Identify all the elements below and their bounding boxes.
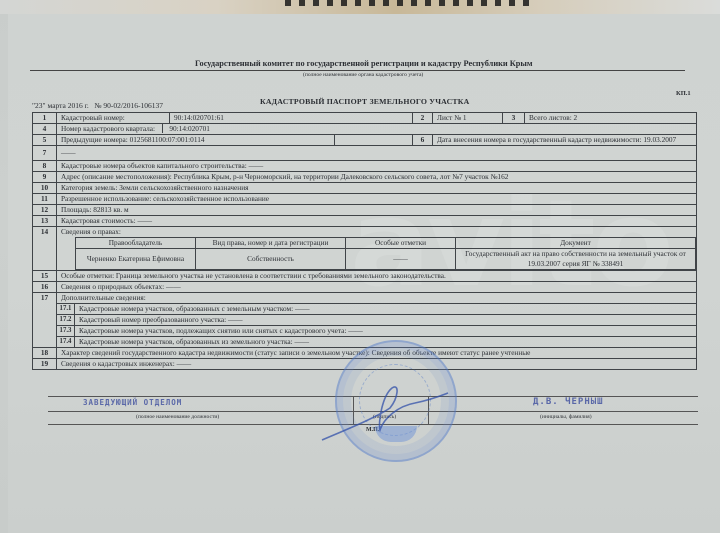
handwritten-signature: [320, 378, 450, 448]
table-row: 16 Сведения о природных объектах: ——: [33, 282, 697, 293]
organization-caption: (полное наименование органа кадастрового…: [303, 72, 423, 78]
document-date-number: "23" марта 2016 г. № 90-02/2016-106137: [32, 101, 163, 110]
right-holder: Черненко Екатерина Ефимовна: [76, 249, 196, 270]
row-num: 8: [33, 161, 57, 172]
row-num: 18: [33, 348, 57, 359]
row-num: 3: [503, 113, 525, 124]
row-label: Сведения о правах:: [57, 227, 696, 237]
table-row: 17.2 Кадастровый номер преобразованного …: [33, 315, 697, 326]
registration-date: Дата внесения номера в государственный к…: [433, 135, 697, 146]
land-category: Категория земель: Земли сельскохозяйстве…: [57, 183, 697, 194]
table-row: 17.1 Кадастровые номера участков, образо…: [33, 304, 697, 315]
table-row: 17 Дополнительные сведения:: [33, 293, 697, 304]
row-num: 17.2: [57, 315, 75, 326]
row-num: 15: [33, 271, 57, 282]
total-sheets: Всего листов: 2: [525, 113, 697, 124]
table-row: 1 Кадастровый номер: 90:14:020701:61 2 Л…: [33, 113, 697, 124]
document-title: КАДАСТРОВЫЙ ПАСПОРТ ЗЕМЕЛЬНОГО УЧАСТКА: [260, 97, 470, 106]
background-object: [0, 0, 720, 14]
name-caption: (инициалы, фамилия): [540, 414, 592, 420]
row-num: 4: [33, 124, 57, 135]
permitted-use: Разрешенное использование: сельскохозяйс…: [57, 194, 697, 205]
row-value: Кадастровые номера участков, подлежащих …: [75, 326, 697, 337]
table-row: 12 Площадь: 82813 кв. м: [33, 205, 697, 216]
cadastral-table: 1 Кадастровый номер: 90:14:020701:61 2 Л…: [32, 112, 697, 370]
special-notes: Особые отметки: Граница земельного участ…: [57, 271, 697, 282]
row-num: 5: [33, 135, 57, 146]
quarter-number-cell: Номер кадастрового квартала: 90:14:02070…: [57, 124, 697, 135]
rights-cell: Сведения о правах: Правообладатель Вид п…: [57, 227, 697, 271]
row-num: 17: [33, 293, 57, 348]
organization-name: Государственный комитет по государственн…: [195, 59, 533, 68]
table-row: 14 Сведения о правах: Правообладатель Ви…: [33, 227, 697, 271]
signer-name-stamp: Д.В. ЧЕРНЫШ: [533, 397, 604, 407]
row-num: 12: [33, 205, 57, 216]
row-num: 13: [33, 216, 57, 227]
right-type: Собственность: [196, 249, 346, 270]
row-num: 6: [413, 135, 433, 146]
row-num: 1: [33, 113, 57, 124]
position-stamp: ЗАВЕДУЮЩИЙ ОТДЕЛОМ: [83, 398, 182, 407]
background-text-marks: [285, 0, 535, 6]
organization-underline: [30, 70, 685, 71]
document-date: "23" марта 2016 г.: [32, 101, 89, 110]
table-row: 8 Кадастровые номера объектов капитально…: [33, 161, 697, 172]
table-row: 17.4 Кадастровые номера участков, образо…: [33, 337, 697, 348]
form-code: КП.1: [676, 90, 691, 97]
additional-info: Дополнительные сведения:: [57, 293, 697, 304]
cadastral-number: 90:14:020701:61: [170, 113, 413, 124]
table-row: 4 Номер кадастрового квартала: 90:14:020…: [33, 124, 697, 135]
row-label: Номер кадастрового квартала:: [61, 124, 155, 133]
table-row: 15 Особые отметки: Граница земельного уч…: [33, 271, 697, 282]
table-row: 10 Категория земель: Земли сельскохозяйс…: [33, 183, 697, 194]
row-label: Кадастровый номер:: [57, 113, 170, 124]
table-row: 5 Предыдущие номера: 0125681100:07:001:0…: [33, 135, 697, 146]
row-value: Кадастровый номер преобразованного участ…: [75, 315, 697, 326]
row-value: Кадастровые номера участков, образованны…: [75, 304, 697, 315]
row-num: 17.3: [57, 326, 75, 337]
ownership-document: Государственный акт на право собственнос…: [456, 249, 696, 270]
column-header: Документ: [456, 238, 696, 249]
table-row: 7 ——: [33, 146, 697, 161]
row-num: 11: [33, 194, 57, 205]
sheet-number: Лист № 1: [433, 113, 503, 124]
row-num: 7: [33, 146, 57, 161]
table-row: 11 Разрешенное использование: сельскохоз…: [33, 194, 697, 205]
previous-numbers: Предыдущие номера: 0125681100:07:001:011…: [57, 135, 335, 146]
row-num: 14: [33, 227, 57, 271]
empty-cell: [335, 135, 413, 146]
row-num: 16: [33, 282, 57, 293]
table-row: 9 Адрес (описание местоположения): Респу…: [33, 172, 697, 183]
document-number: № 90-02/2016-106137: [94, 101, 163, 110]
row-num: 9: [33, 172, 57, 183]
table-row: 17.3 Кадастровые номера участков, подлеж…: [33, 326, 697, 337]
quarter-number: 90:14:020701: [162, 124, 210, 133]
capital-objects: Кадастровые номера объектов капитального…: [57, 161, 697, 172]
row-num: 17.4: [57, 337, 75, 348]
position-caption: (полное наименование должности): [136, 414, 219, 420]
natural-objects: Сведения о природных объектах: ——: [57, 282, 697, 293]
row-value: ——: [57, 146, 697, 161]
column-header: Особые отметки: [346, 238, 456, 249]
rights-data-row: Черненко Екатерина Ефимовна Собственност…: [76, 249, 696, 270]
row-num: 2: [413, 113, 433, 124]
rights-table: Правообладатель Вид права, номер и дата …: [75, 237, 696, 270]
column-header: Правообладатель: [76, 238, 196, 249]
address: Адрес (описание местоположения): Республ…: [57, 172, 697, 183]
special-marks: ——: [346, 249, 456, 270]
table-row: 13 Кадастровая стоимость: ——: [33, 216, 697, 227]
cadastral-value: Кадастровая стоимость: ——: [57, 216, 697, 227]
column-header: Вид права, номер и дата регистрации: [196, 238, 346, 249]
row-num: 19: [33, 359, 57, 370]
row-num: 10: [33, 183, 57, 194]
area: Площадь: 82813 кв. м: [57, 205, 697, 216]
row-num: 17.1: [57, 304, 75, 315]
rights-header-row: Правообладатель Вид права, номер и дата …: [76, 238, 696, 249]
